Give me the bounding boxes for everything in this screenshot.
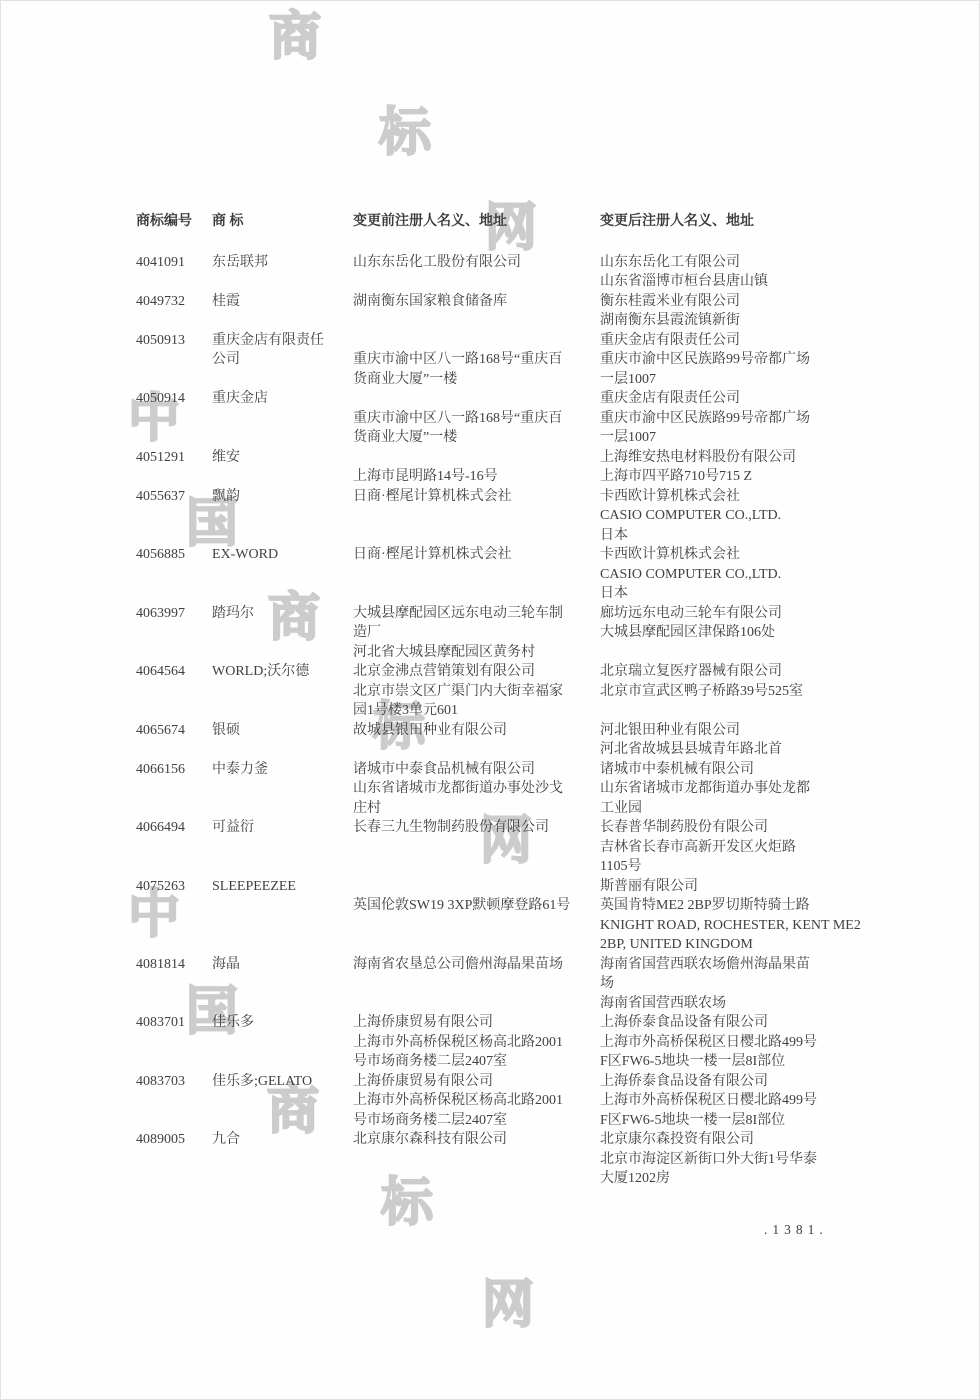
table-row-line: 湖南衡东县霞流镇新街 <box>136 311 924 331</box>
registrant-before: 大城县摩配园区远东电动三轮车制 <box>353 604 600 624</box>
trademark-name: 桂霞 <box>212 292 353 312</box>
table-row-line: 号市场商务楼二层2407室F区FW6-5地块一楼一层8I部位 <box>136 1052 924 1072</box>
trademark-name <box>212 584 353 604</box>
trademark-number: 4081814 <box>136 955 212 975</box>
registrant-after: 河北银田种业有限公司 <box>600 721 924 741</box>
watermark-char-icon: 网 <box>482 1279 534 1331</box>
trademark-name <box>212 623 353 643</box>
registrant-after: 一层1007 <box>600 428 924 448</box>
registrant-after: 山东省诸城市龙都街道办事处龙都 <box>600 779 924 799</box>
registrant-before: 重庆市渝中区八一路168号“重庆百 <box>353 350 600 370</box>
trademark-number: 4050914 <box>136 389 212 409</box>
trademark-number <box>136 896 212 916</box>
trademark-number <box>136 1169 212 1189</box>
registrant-after: 北京瑞立复医疗器械有限公司 <box>600 662 924 682</box>
table-row-line: 大厦1202房 <box>136 1169 924 1189</box>
trademark-number <box>136 1111 212 1131</box>
registrant-after: 山东省淄博市桓台县唐山镇 <box>600 272 924 292</box>
trademark-name <box>212 857 353 877</box>
registrant-before: 上海市昆明路14号-16号 <box>353 467 600 487</box>
registrant-after: 上海侨泰食品设备有限公司 <box>600 1072 924 1092</box>
registrant-after: 上海市外高桥保税区日樱北路499号 <box>600 1091 924 1111</box>
registrant-before: 日商·樫尾计算机株式会社 <box>353 487 600 507</box>
trademark-name: 飘韵 <box>212 487 353 507</box>
table-row-line: CASIO COMPUTER CO.,LTD. <box>136 506 924 526</box>
trademark-name: 重庆金店 <box>212 389 353 409</box>
registrant-after: 北京康尔森投资有限公司 <box>600 1130 924 1150</box>
registrant-after: 上海侨泰食品设备有限公司 <box>600 1013 924 1033</box>
table-row-line: 4055637飘韵日商·樫尾计算机株式会社卡西欧计算机株式会社 <box>136 487 924 507</box>
trademark-name <box>212 1033 353 1053</box>
table-row-line: 北京市崇文区广渠门内大街幸福家北京市宣武区鸭子桥路39号525室 <box>136 682 924 702</box>
registrant-before <box>353 565 600 585</box>
trademark-number: 4089005 <box>136 1130 212 1150</box>
table-row-line: 4049732桂霞湖南衡东国家粮食储备库衡东桂霞米业有限公司 <box>136 292 924 312</box>
trademark-name <box>212 272 353 292</box>
watermark-char-icon: 商 <box>269 11 321 63</box>
trademark-number <box>136 370 212 390</box>
registrant-after: 大厦1202房 <box>600 1169 924 1189</box>
registrant-after: F区FW6-5地块一楼一层8I部位 <box>600 1052 924 1072</box>
registrant-before: 北京市崇文区广渠门内大街幸福家 <box>353 682 600 702</box>
registrant-before: 诸城市中泰食品机械有限公司 <box>353 760 600 780</box>
trademark-name: 中泰力釜 <box>212 760 353 780</box>
registrant-before <box>353 1150 600 1170</box>
trademark-number: 4066494 <box>136 818 212 838</box>
trademark-number: 4083701 <box>136 1013 212 1033</box>
trademark-name: 东岳联邦 <box>212 253 353 273</box>
header-trademark-number: 商标编号 <box>136 212 212 232</box>
table-row-line: 吉林省长春市高新开发区火炬路 <box>136 838 924 858</box>
table-row-line: 货商业大厦”一楼一层1007 <box>136 428 924 448</box>
registrant-before <box>353 877 600 897</box>
registrant-before: 英国伦敦SW19 3XP默顿摩登路61号 <box>353 896 600 916</box>
registrant-before: 号市场商务楼二层2407室 <box>353 1052 600 1072</box>
trademark-number <box>136 565 212 585</box>
trademark-name <box>212 506 353 526</box>
trademark-number <box>136 740 212 760</box>
registrant-before: 货商业大厦”一楼 <box>353 428 600 448</box>
registrant-before: 故城县银田种业有限公司 <box>353 721 600 741</box>
registrant-after: 重庆金店有限责任公司 <box>600 389 924 409</box>
registrant-after: 长春普华制药股份有限公司 <box>600 818 924 838</box>
table-row-line: 2BP, UNITED KINGDOM <box>136 935 924 955</box>
trademark-number: 4075263 <box>136 877 212 897</box>
table-row-line: 1105号 <box>136 857 924 877</box>
trademark-number <box>136 935 212 955</box>
trademark-number <box>136 994 212 1014</box>
trademark-number: 4065674 <box>136 721 212 741</box>
trademark-name <box>212 779 353 799</box>
header-trademark-name: 商 标 <box>212 212 353 232</box>
trademark-number <box>136 467 212 487</box>
trademark-number: 4055637 <box>136 487 212 507</box>
trademark-name: 维安 <box>212 448 353 468</box>
registrant-before: 海南省农垦总公司儋州海晶果苗场 <box>353 955 600 975</box>
registrant-before: 上海侨康贸易有限公司 <box>353 1072 600 1092</box>
registrant-before: 上海市外高桥保税区杨高北路2001 <box>353 1033 600 1053</box>
trademark-number <box>136 974 212 994</box>
trademark-name <box>212 1091 353 1111</box>
trademark-name <box>212 1111 353 1131</box>
registrant-before <box>353 526 600 546</box>
trademark-number <box>136 311 212 331</box>
registrant-after: 上海市四平路710号715 Z <box>600 467 924 487</box>
registrant-after: 重庆金店有限责任公司 <box>600 331 924 351</box>
trademark-number <box>136 428 212 448</box>
registrant-before: 湖南衡东国家粮食储备库 <box>353 292 600 312</box>
trademark-name: SLEEPEEZEE <box>212 877 353 897</box>
registrant-after: 英国肯特ME2 2BP罗切斯特骑士路 <box>600 896 924 916</box>
registrant-after: 日本 <box>600 526 924 546</box>
registrant-before <box>353 935 600 955</box>
registrant-before: 造厂 <box>353 623 600 643</box>
trademark-number <box>136 350 212 370</box>
registrant-after: 斯普丽有限公司 <box>600 877 924 897</box>
table-row-line: 造厂大城县摩配园区津保路106处 <box>136 623 924 643</box>
registrant-after: 重庆市渝中区民族路99号帝都广场 <box>600 409 924 429</box>
registrant-after: 诸城市中泰机械有限公司 <box>600 760 924 780</box>
table-row-line: 4063997踏玛尔大城县摩配园区远东电动三轮车制廊坊远东电动三轮车有限公司 <box>136 604 924 624</box>
registrant-after <box>600 643 924 663</box>
trademark-name <box>212 1052 353 1072</box>
trademark-number <box>136 682 212 702</box>
trademark-name <box>212 643 353 663</box>
trademark-number <box>136 1052 212 1072</box>
registrant-before: 长春三九生物制药股份有限公司 <box>353 818 600 838</box>
trademark-number <box>136 409 212 429</box>
registrant-after <box>600 701 924 721</box>
header-after-change: 变更后注册人名义、地址 <box>600 212 924 232</box>
registrant-after: 1105号 <box>600 857 924 877</box>
registrant-after: 山东东岳化工有限公司 <box>600 253 924 273</box>
registrant-after: 场 <box>600 974 924 994</box>
trademark-number: 4041091 <box>136 253 212 273</box>
table-row-line: 上海市外高桥保税区杨高北路2001上海市外高桥保税区日樱北路499号 <box>136 1033 924 1053</box>
registrant-before: 货商业大厦”一楼 <box>353 370 600 390</box>
trademark-number: 4064564 <box>136 662 212 682</box>
registrant-before <box>353 916 600 936</box>
registrant-before: 北京金沸点营销策划有限公司 <box>353 662 600 682</box>
trademark-name: 可益衍 <box>212 818 353 838</box>
trademark-name <box>212 916 353 936</box>
table-row-line: 北京市海淀区新街口外大街1号华泰 <box>136 1150 924 1170</box>
registrant-after: 北京市宣武区鸭子桥路39号525室 <box>600 682 924 702</box>
table-row-line: 4050914重庆金店重庆金店有限责任公司 <box>136 389 924 409</box>
watermark-char-icon: 标 <box>379 107 431 159</box>
trademark-number: 4056885 <box>136 545 212 565</box>
table-row-line: 日本 <box>136 526 924 546</box>
trademark-name: 佳乐多;GELATO <box>212 1072 353 1092</box>
trademark-name <box>212 1169 353 1189</box>
registrant-before <box>353 331 600 351</box>
trademark-change-table: 商标编号 商 标 变更前注册人名义、地址 变更后注册人名义、地址 4041091… <box>136 212 924 1189</box>
registrant-after: 北京市海淀区新街口外大街1号华泰 <box>600 1150 924 1170</box>
trademark-number <box>136 916 212 936</box>
trademark-name <box>212 994 353 1014</box>
trademark-number: 4051291 <box>136 448 212 468</box>
table-row-line: 上海市昆明路14号-16号上海市四平路710号715 Z <box>136 467 924 487</box>
registrant-before: 日商·樫尾计算机株式会社 <box>353 545 600 565</box>
trademark-name: 银硕 <box>212 721 353 741</box>
table-row-line: 4066494可益衍长春三九生物制药股份有限公司长春普华制药股份有限公司 <box>136 818 924 838</box>
registrant-before <box>353 448 600 468</box>
trademark-number <box>136 584 212 604</box>
registrant-after: CASIO COMPUTER CO.,LTD. <box>600 506 924 526</box>
trademark-number <box>136 779 212 799</box>
trademark-number <box>136 799 212 819</box>
registrant-before <box>353 389 600 409</box>
registrant-after: CASIO COMPUTER CO.,LTD. <box>600 565 924 585</box>
table-row-line: KNIGHT ROAD, ROCHESTER, KENT ME2 <box>136 916 924 936</box>
trademark-number <box>136 1150 212 1170</box>
registrant-after: 2BP, UNITED KINGDOM <box>600 935 924 955</box>
table-row-line: 货商业大厦”一楼一层1007 <box>136 370 924 390</box>
table-row-line: 4050913重庆金店有限责任重庆金店有限责任公司 <box>136 331 924 351</box>
trademark-name <box>212 682 353 702</box>
registrant-after: 日本 <box>600 584 924 604</box>
registrant-before: 山东省诸城市龙都街道办事处沙戈 <box>353 779 600 799</box>
trademark-name <box>212 935 353 955</box>
registrant-after: 重庆市渝中区民族路99号帝都广场 <box>600 350 924 370</box>
table-row-line: 河北省故城县县城青年路北首 <box>136 740 924 760</box>
registrant-after: F区FW6-5地块一楼一层8I部位 <box>600 1111 924 1131</box>
table-row-line: 上海市外高桥保税区杨高北路2001上海市外高桥保税区日樱北路499号 <box>136 1091 924 1111</box>
trademark-number: 4063997 <box>136 604 212 624</box>
trademark-name <box>212 311 353 331</box>
registrant-before: 河北省大城县摩配园区黄务村 <box>353 643 600 663</box>
registrant-after: 海南省国营西联农场儋州海晶果苗 <box>600 955 924 975</box>
registrant-before: 园1号楼3单元601 <box>353 701 600 721</box>
registrant-after: 廊坊远东电动三轮车有限公司 <box>600 604 924 624</box>
registrant-before: 山东东岳化工股份有限公司 <box>353 253 600 273</box>
registrant-after: 一层1007 <box>600 370 924 390</box>
table-row-line: 庄村工业园 <box>136 799 924 819</box>
trademark-number <box>136 838 212 858</box>
registrant-before: 上海市外高桥保税区杨高北路2001 <box>353 1091 600 1111</box>
trademark-number <box>136 526 212 546</box>
registrant-after: 工业园 <box>600 799 924 819</box>
registrant-after: 卡西欧计算机株式会社 <box>600 545 924 565</box>
table-row-line: 4089005九合北京康尔森科技有限公司北京康尔森投资有限公司 <box>136 1130 924 1150</box>
registrant-after: 卡西欧计算机株式会社 <box>600 487 924 507</box>
trademark-name <box>212 799 353 819</box>
trademark-number <box>136 506 212 526</box>
table-row-line: CASIO COMPUTER CO.,LTD. <box>136 565 924 585</box>
registrant-after: KNIGHT ROAD, ROCHESTER, KENT ME2 <box>600 916 924 936</box>
registrant-before <box>353 584 600 604</box>
trademark-name <box>212 740 353 760</box>
registrant-before <box>353 994 600 1014</box>
trademark-name <box>212 409 353 429</box>
registrant-before: 重庆市渝中区八一路168号“重庆百 <box>353 409 600 429</box>
trademark-number: 4049732 <box>136 292 212 312</box>
trademark-name <box>212 896 353 916</box>
trademark-name: 九合 <box>212 1130 353 1150</box>
registrant-before <box>353 974 600 994</box>
table-row-line: 4051291维安上海维安热电材料股份有限公司 <box>136 448 924 468</box>
registrant-after: 海南省国营西联农场 <box>600 994 924 1014</box>
trademark-name <box>212 701 353 721</box>
table-row-line: 4041091东岳联邦山东东岳化工股份有限公司山东东岳化工有限公司 <box>136 253 924 273</box>
registrant-before <box>353 272 600 292</box>
header-before-change: 变更前注册人名义、地址 <box>353 212 600 232</box>
table-row-line: 4083703佳乐多;GELATO上海侨康贸易有限公司上海侨泰食品设备有限公司 <box>136 1072 924 1092</box>
registrant-after: 吉林省长春市高新开发区火炬路 <box>600 838 924 858</box>
trademark-number <box>136 643 212 663</box>
table-row-line: 4065674银硕故城县银田种业有限公司河北银田种业有限公司 <box>136 721 924 741</box>
table-row-line: 4083701佳乐多上海侨康贸易有限公司上海侨泰食品设备有限公司 <box>136 1013 924 1033</box>
table-row-line: 4064564WORLD;沃尔德北京金沸点营销策划有限公司北京瑞立复医疗器械有限… <box>136 662 924 682</box>
trademark-name: 踏玛尔 <box>212 604 353 624</box>
table-row-line: 公司重庆市渝中区八一路168号“重庆百重庆市渝中区民族路99号帝都广场 <box>136 350 924 370</box>
trademark-name <box>212 565 353 585</box>
trademark-number <box>136 857 212 877</box>
table-row-line: 场 <box>136 974 924 994</box>
table-row-line: 号市场商务楼二层2407室F区FW6-5地块一楼一层8I部位 <box>136 1111 924 1131</box>
table-row-line: 重庆市渝中区八一路168号“重庆百重庆市渝中区民族路99号帝都广场 <box>136 409 924 429</box>
table-row-line: 河北省大城县摩配园区黄务村 <box>136 643 924 663</box>
registrant-before: 北京康尔森科技有限公司 <box>353 1130 600 1150</box>
registrant-before <box>353 740 600 760</box>
trademark-number: 4066156 <box>136 760 212 780</box>
trademark-name: EX-WORD <box>212 545 353 565</box>
trademark-name <box>212 526 353 546</box>
table-row-line: 英国伦敦SW19 3XP默顿摩登路61号英国肯特ME2 2BP罗切斯特骑士路 <box>136 896 924 916</box>
table-row-line: 山东省淄博市桓台县唐山镇 <box>136 272 924 292</box>
page-number: .1381. <box>764 1222 828 1238</box>
registrant-before <box>353 857 600 877</box>
registrant-after: 大城县摩配园区津保路106处 <box>600 623 924 643</box>
trademark-number: 4083703 <box>136 1072 212 1092</box>
trademark-name: 公司 <box>212 350 353 370</box>
trademark-number <box>136 1091 212 1111</box>
trademark-name <box>212 370 353 390</box>
trademark-number: 4050913 <box>136 331 212 351</box>
table-row-line: 4081814海晶海南省农垦总公司儋州海晶果苗场海南省国营西联农场儋州海晶果苗 <box>136 955 924 975</box>
registrant-after: 湖南衡东县霞流镇新街 <box>600 311 924 331</box>
registrant-before: 庄村 <box>353 799 600 819</box>
trademark-name: 重庆金店有限责任 <box>212 331 353 351</box>
trademark-name <box>212 974 353 994</box>
trademark-name <box>212 1150 353 1170</box>
trademark-name <box>212 467 353 487</box>
table-row-line: 4066156中泰力釜诸城市中泰食品机械有限公司诸城市中泰机械有限公司 <box>136 760 924 780</box>
registrant-before <box>353 311 600 331</box>
trademark-number <box>136 272 212 292</box>
trademark-name: 海晶 <box>212 955 353 975</box>
table-row-line: 日本 <box>136 584 924 604</box>
table-row-line: 4075263SLEEPEEZEE斯普丽有限公司 <box>136 877 924 897</box>
trademark-number <box>136 701 212 721</box>
registrant-before <box>353 838 600 858</box>
table-row-line: 山东省诸城市龙都街道办事处沙戈山东省诸城市龙都街道办事处龙都 <box>136 779 924 799</box>
trademark-name <box>212 838 353 858</box>
table-row-line: 4056885EX-WORD日商·樫尾计算机株式会社卡西欧计算机株式会社 <box>136 545 924 565</box>
table-body: 4041091东岳联邦山东东岳化工股份有限公司山东东岳化工有限公司山东省淄博市桓… <box>136 253 924 1189</box>
registrant-before <box>353 1169 600 1189</box>
table-row-line: 园1号楼3单元601 <box>136 701 924 721</box>
table-row-line: 海南省国营西联农场 <box>136 994 924 1014</box>
trademark-number <box>136 1033 212 1053</box>
registrant-before: 号市场商务楼二层2407室 <box>353 1111 600 1131</box>
document-page: 商标网中国商标网中国商标网 商标编号 商 标 变更前注册人名义、地址 变更后注册… <box>0 0 980 1400</box>
table-header-row: 商标编号 商 标 变更前注册人名义、地址 变更后注册人名义、地址 <box>136 212 924 232</box>
trademark-number <box>136 623 212 643</box>
registrant-after: 上海市外高桥保税区日樱北路499号 <box>600 1033 924 1053</box>
registrant-after: 衡东桂霞米业有限公司 <box>600 292 924 312</box>
registrant-before <box>353 506 600 526</box>
registrant-after: 上海维安热电材料股份有限公司 <box>600 448 924 468</box>
registrant-after: 河北省故城县县城青年路北首 <box>600 740 924 760</box>
trademark-name <box>212 428 353 448</box>
trademark-name: WORLD;沃尔德 <box>212 662 353 682</box>
registrant-before: 上海侨康贸易有限公司 <box>353 1013 600 1033</box>
trademark-name: 佳乐多 <box>212 1013 353 1033</box>
